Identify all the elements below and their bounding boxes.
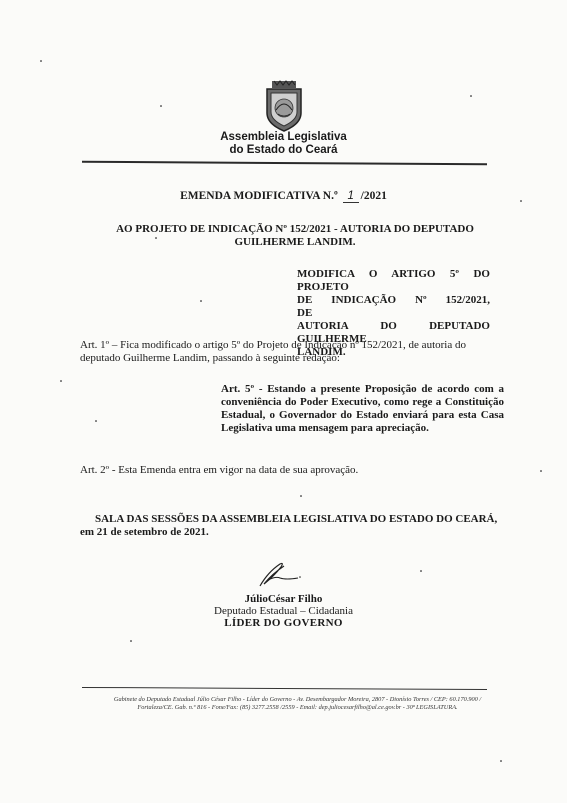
closing-statement: SALA DAS SESSÕES DA ASSEMBLEIA LEGISLATI… xyxy=(80,513,508,539)
document-heading: AO PROJETO DE INDICAÇÃO Nº 152/2021 - AU… xyxy=(95,223,495,249)
signature-icon xyxy=(254,560,304,588)
ementa-line: MODIFICA O ARTIGO 5º DO PROJETO xyxy=(297,268,490,294)
amendment-number: 1 xyxy=(343,190,359,203)
document-title: EMENDA MODIFICATIVA N.º 1/2021 xyxy=(0,190,567,203)
footer-divider xyxy=(82,687,487,690)
footer-line: Fortaleza/CE. Gab. n.º 816 - Fone/Fax: (… xyxy=(75,704,520,712)
organization-name-line1: Assembleia Legislativa xyxy=(0,131,567,143)
signatory-role: Deputado Estadual – Cidadania xyxy=(0,605,567,617)
title-prefix: EMENDA MODIFICATIVA N.º xyxy=(180,190,338,202)
coat-of-arms-icon xyxy=(262,80,306,132)
footer-line: Gabinete do Deputado Estadual Júlio Césa… xyxy=(75,696,520,704)
signatory-name: JúlioCésar Filho xyxy=(0,593,567,605)
article-2: Art. 2º - Esta Emenda entra em vigor na … xyxy=(80,464,480,476)
ementa-line: DE INDICAÇÃO Nº 152/2021, DE xyxy=(297,294,490,320)
header-divider xyxy=(82,161,487,165)
article-5-new-text: Art. 5º - Estando a presente Proposição … xyxy=(221,383,504,435)
title-year: /2021 xyxy=(361,190,387,202)
article-1: Art. 1º – Fica modificado o artigo 5º do… xyxy=(80,339,505,365)
organization-name-line2: do Estado do Ceará xyxy=(0,144,567,156)
footer-contact: Gabinete do Deputado Estadual Júlio Césa… xyxy=(75,696,520,712)
signatory-title: LÍDER DO GOVERNO xyxy=(0,617,567,629)
